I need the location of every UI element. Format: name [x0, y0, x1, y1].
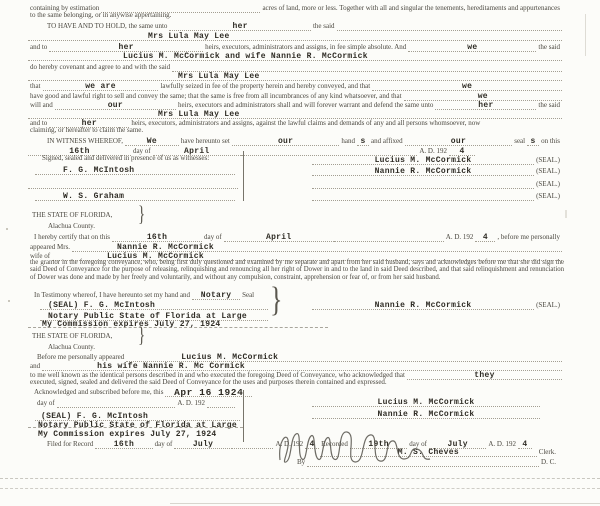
grantors-blank: Lucius M. McCormick and wife Nannie R. M…	[28, 51, 562, 61]
ack2-subscribed-label: Acknowledged and subscribed before me, t…	[32, 388, 165, 397]
ack2-divider-line	[243, 390, 244, 442]
grantee-line-2: Mrs Lula May Lee	[28, 71, 562, 81]
witness-divider-line	[243, 151, 244, 201]
filed-day-blank: 16th	[95, 439, 152, 449]
ack1-dash-artifact	[28, 327, 328, 328]
ack1-day-blank: 16th	[112, 232, 202, 242]
claims-label: heirs, executors, administrators and ass…	[129, 119, 482, 128]
ack1-county-label: Alachua County.	[46, 222, 97, 231]
seal-s-fill: s	[531, 137, 536, 146]
witness-1-name: F. G. McIntosh	[63, 166, 134, 175]
ack1-month-blank: April	[224, 232, 334, 242]
witness-2-blank: W. S. Graham	[35, 191, 235, 201]
ack2-signer1-line: Lucius M. McCormick	[312, 397, 540, 407]
seal-blank-3	[312, 179, 534, 189]
seized-label: lawfully seized in fee of the property h…	[158, 82, 372, 91]
ack2-notary-exp-line: My Commission expires July 27, 1924	[38, 430, 217, 439]
hand-s-fill: s	[360, 137, 365, 146]
ack2-dayof-label: day of	[35, 399, 57, 408]
belonging-label: to the same belonging, or in anywise app…	[28, 11, 173, 20]
ack1-notary-brace: }	[270, 282, 282, 317]
ack2-state-brace: }	[138, 325, 145, 348]
have-hold-line: TO HAVE AND TO HOLD, the same unto her t…	[45, 21, 562, 31]
ack2-subscribed-line: Acknowledged and subscribed before me, t…	[32, 387, 252, 397]
ack2-signer1-blank: Lucius M. McCormick	[312, 397, 540, 407]
filed-label: Filed for Record	[45, 440, 95, 449]
grantee-name-1: Mrs Lula May Lee	[148, 32, 230, 41]
ack2-notary-name: (SEAL) F. G. McIntosh	[41, 412, 148, 421]
seized-line: that we are lawfully seized in fee of th…	[28, 81, 562, 91]
witness-1-line: F. G. McIntosh	[35, 165, 235, 175]
seal-blank-2: Nannie R. McCormick	[312, 166, 534, 176]
seal-line-4: (SEAL.)	[312, 191, 562, 201]
hold-blank-2	[337, 21, 562, 31]
belonging-line: to the same belonging, or in anywise app…	[28, 11, 173, 20]
we-fill-2: we	[462, 82, 472, 91]
filed-day-fill: 16th	[114, 440, 134, 449]
our-blank-2: our	[232, 136, 340, 146]
seal-tag-1: (SEAL.)	[534, 156, 562, 165]
in-witness-label: IN WITNESS WHEREOF,	[45, 137, 125, 146]
grantee-blank-2: Mrs Lula May Lee	[28, 71, 562, 81]
have-hold-label: TO HAVE AND TO HOLD, the same unto	[45, 22, 169, 31]
witness-2-name: W. S. Graham	[63, 192, 124, 201]
ack2-year-blank	[207, 398, 235, 408]
acres-label: acres of land, more or less. Together wi…	[260, 4, 562, 13]
that-label: that	[28, 82, 43, 91]
filed-month-fill: July	[193, 440, 213, 449]
ack2-county-line: Alachua County.	[46, 343, 97, 352]
ack1-state-line: THE STATE OF FLORIDA,	[30, 211, 114, 220]
ack1-month-fill: April	[266, 233, 292, 242]
hold-fill: her	[233, 22, 248, 31]
ack2-notary-expiry: My Commission expires July 27, 1924	[38, 430, 217, 439]
we-blank-2: we	[372, 81, 562, 91]
ack1-signer-line: Nannie R. McCormick (SEAL.)	[312, 300, 562, 310]
grantors-line: Lucius M. McCormick and wife Nannie R. M…	[28, 51, 562, 61]
ack1-before-label: , before me personally	[495, 233, 562, 242]
we-fill-4: We	[147, 137, 157, 146]
ack2-notary-name-blank: (SEAL) F. G. McIntosh	[35, 411, 240, 421]
handwritten-signature	[276, 422, 436, 468]
ack1-year-blank: 4	[475, 232, 495, 242]
ack1-state-label: THE STATE OF FLORIDA,	[30, 211, 114, 220]
on-this-label: on this	[539, 137, 562, 146]
ack1-signer-name: Nannie R. McCormick	[375, 301, 472, 310]
grantee-line-1: Mrs Lula May Lee	[28, 31, 562, 41]
ack1-testimony-line: In Testimony whereof, I have hereunto se…	[32, 290, 270, 300]
our-blank-3: our	[405, 136, 513, 146]
dc-label: D. C.	[539, 458, 558, 467]
ack2-they-blank: they	[407, 370, 562, 380]
ack2-county-label: Alachua County.	[46, 343, 97, 352]
ack1-ad-label: A. D. 192	[444, 233, 476, 242]
seal-s-blank: s	[527, 136, 539, 146]
ack2-signer2-blank: Nannie R. McCormick	[312, 409, 540, 419]
scan-artifact-right	[585, 14, 586, 56]
ack2-date-stamp: Apr 16 1924	[174, 388, 243, 397]
ack1-certify-line: I hereby certify that on this 16th day o…	[32, 232, 562, 242]
filed-month-blank: July	[174, 439, 231, 449]
scan-speck-1	[6, 228, 8, 230]
hand-s-blank: s	[357, 136, 369, 146]
scan-edge-line	[170, 503, 600, 504]
ack1-gap-blank	[334, 232, 444, 242]
ack2-notary-title: Notary Public State of Florida at Large	[38, 421, 237, 430]
filed-dayof-label: day of	[153, 440, 175, 449]
scan-dashline-1	[0, 478, 600, 479]
ack2-signer2-line: Nannie R. McCormick	[312, 409, 540, 419]
ack2-dayof-blank	[57, 398, 176, 408]
hand-label: hand	[339, 137, 357, 146]
clerk-label: Clerk.	[537, 448, 558, 457]
seal-line-3: (SEAL.)	[312, 179, 562, 189]
ack1-signer-blank: Nannie R. McCormick	[312, 300, 534, 310]
seal-label: seal	[512, 137, 527, 146]
ack1-county-line: Alachua County.	[46, 222, 97, 231]
seal-tag-3: (SEAL.)	[534, 180, 562, 189]
we-blank-4: We	[125, 136, 179, 146]
witness-whereof-line: IN WITNESS WHEREOF, We have hereunto set…	[45, 136, 562, 146]
ack2-dash-1	[28, 427, 243, 428]
grantee-name-2: Mrs Lula May Lee	[178, 72, 260, 81]
ack2-executed-label: executed, signed, sealed and delivered t…	[28, 378, 389, 387]
ack2-state-line: THE STATE OF FLORIDA,	[30, 332, 114, 341]
ack2-state-label: THE STATE OF FLORIDA,	[30, 332, 114, 341]
hereunto-label: have hereunto set	[179, 137, 232, 146]
the-said-label: the said	[311, 22, 337, 31]
ack1-year-fill: 4	[483, 233, 488, 242]
ack1-state-brace: }	[138, 204, 145, 227]
ack2-signer1-name: Lucius M. McCormick	[378, 398, 475, 407]
we-are-blank: we are	[43, 81, 159, 91]
ack1-seal-word: Seal	[240, 291, 256, 300]
scan-dashline-2	[0, 488, 600, 489]
ack1-notary-name: (SEAL) F. G. McIntosh	[48, 301, 155, 310]
seal-blank-1: Lucius M. McCormick	[312, 155, 534, 165]
ack1-notary-fill: Notary	[201, 291, 232, 300]
witness-spacer-blank	[28, 179, 238, 189]
ack1-seal-tag: (SEAL.)	[534, 301, 562, 310]
ack2-they-fill: they	[474, 371, 494, 380]
ack2-executed-line: executed, signed, sealed and delivered t…	[28, 378, 389, 387]
ack2-signer2-name: Nannie R. McCormick	[378, 410, 475, 419]
ack2-notary-title-line: Notary Public State of Florida at Large	[38, 421, 237, 430]
witness-spacer-line	[28, 179, 238, 189]
grantee-blank-1: Mrs Lula May Lee	[28, 31, 562, 41]
scan-speck-2	[8, 300, 10, 302]
ack2-ad-label: A. D. 192	[175, 399, 207, 408]
seal-signer-1: Lucius M. McCormick	[375, 156, 472, 165]
seal-line-1: Lucius M. McCormick (SEAL.)	[312, 155, 562, 165]
grantor-names: Lucius M. McCormick and wife Nannie R. M…	[123, 52, 368, 61]
ack2-date-blank: Apr 16 1924	[165, 387, 252, 397]
scan-speck-3	[565, 210, 567, 218]
ack2-dayof-line: day of A. D. 192	[35, 398, 235, 408]
our-fill-2: our	[278, 137, 293, 146]
ack1-notary-name-blank: (SEAL) F. G. McIntosh	[40, 300, 268, 310]
seal-blank-4	[312, 191, 534, 201]
ack1-notary-name-line: (SEAL) F. G. McIntosh	[40, 300, 268, 310]
ack1-notary-blank: Notary	[192, 290, 240, 300]
ack1-testimony-label: In Testimony whereof, I have hereunto se…	[32, 291, 192, 300]
seal-line-2: Nannie R. McCormick (SEAL.)	[312, 166, 562, 176]
filed-gap-blank	[232, 439, 274, 449]
hold-blank: her	[169, 21, 311, 31]
claiming-line: claiming, or hereafter to claim the same…	[28, 126, 145, 135]
ack1-day-fill: 16th	[147, 233, 167, 242]
witness-2-line: W. S. Graham	[35, 191, 235, 201]
ack1-dayof-label: day of	[202, 233, 224, 242]
seal-tag-4: (SEAL.)	[534, 192, 562, 201]
our-fill-3: our	[451, 137, 466, 146]
ack1-certify-label: I hereby certify that on this	[32, 233, 112, 242]
claiming-label: claiming, or hereafter to claim the same…	[28, 126, 145, 135]
we-are-fill: we are	[85, 82, 116, 91]
seal-signer-2: Nannie R. McCormick	[375, 167, 472, 176]
ack2-notary-name-line: (SEAL) F. G. McIntosh	[35, 411, 240, 421]
affixed-label: and affixed	[369, 137, 405, 146]
ack1-dower-paragraph: the grantor in the foregoing conveyance,…	[30, 259, 564, 281]
witness-header-line: Signed, sealed and delivered in presence…	[40, 154, 211, 163]
witness-1-blank: F. G. McIntosh	[35, 165, 235, 175]
deed-document-page: containing by estimation acres of land, …	[0, 0, 600, 506]
seal-tag-2: (SEAL.)	[534, 167, 562, 176]
witness-header: Signed, sealed and delivered in presence…	[40, 154, 211, 163]
